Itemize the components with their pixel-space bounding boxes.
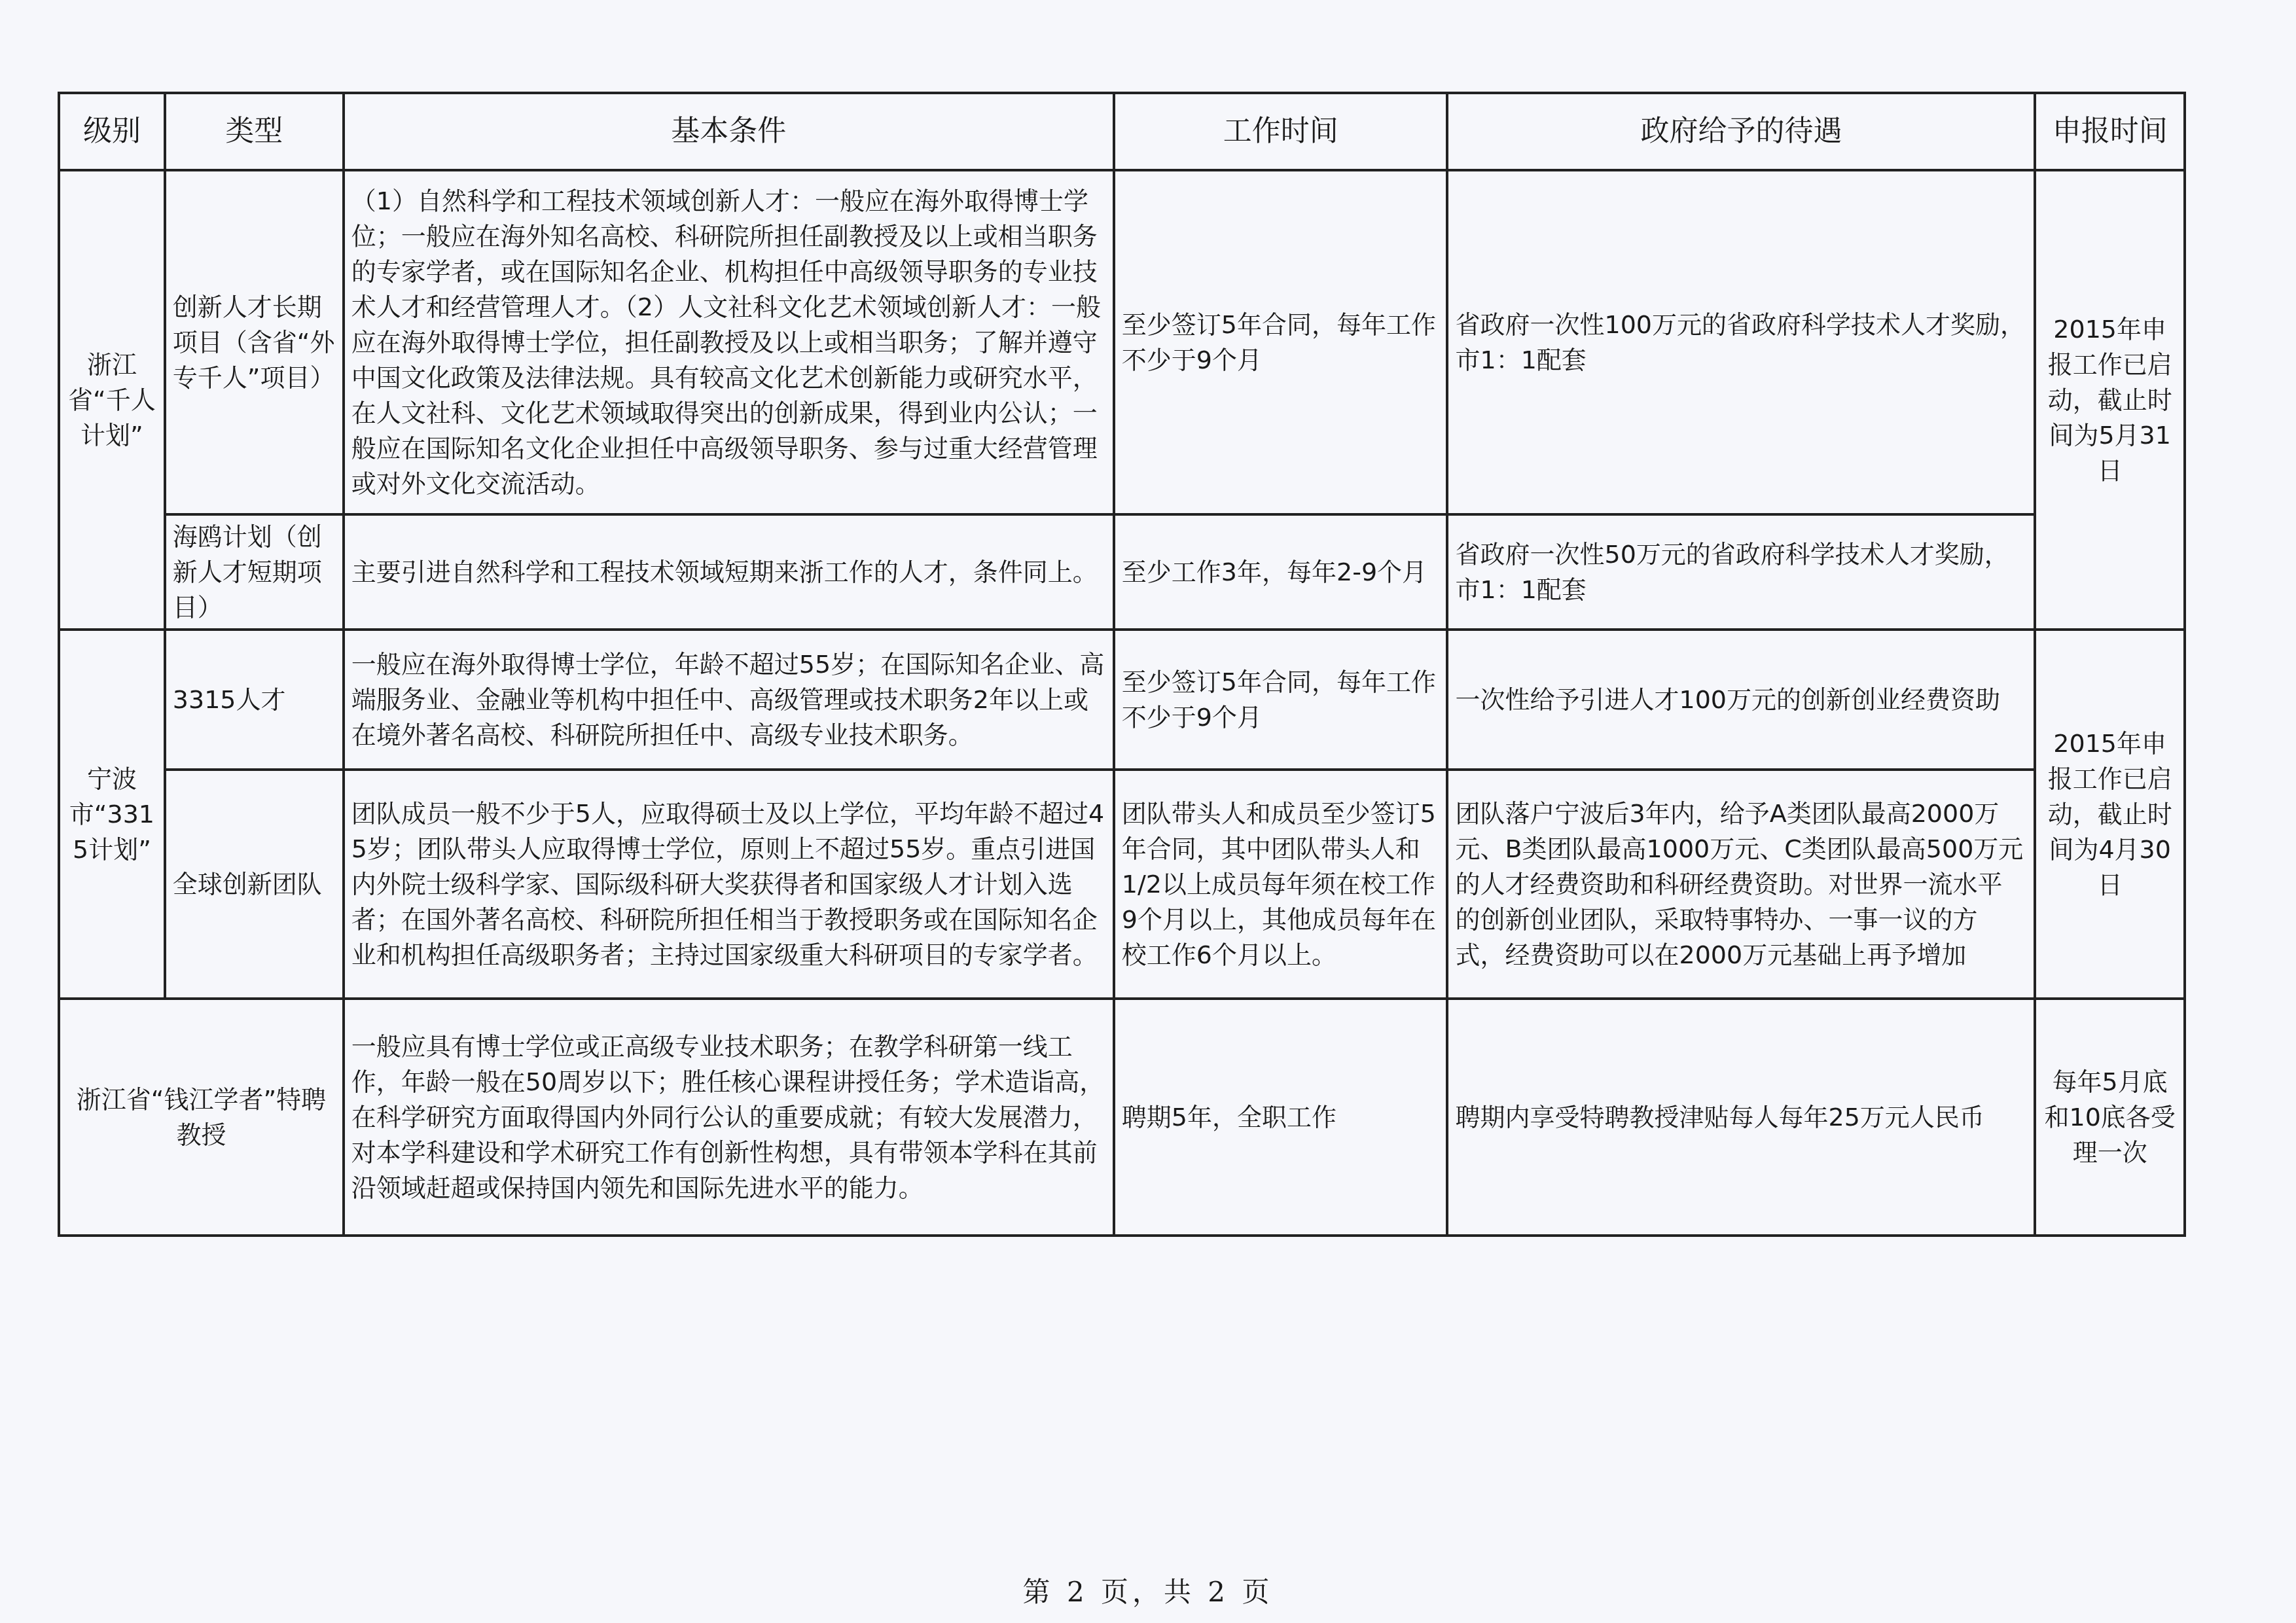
page-number: 第 2 页，共 2 页	[0, 1571, 2296, 1610]
talent-program-table: 级别 类型 基本条件 工作时间 政府给予的待遇 申报时间 浙江省“千人计划” 创…	[58, 92, 2186, 1237]
header-treatment: 政府给予的待遇	[1447, 93, 2035, 170]
conditions-cell: （1）自然科学和工程技术领域创新人才：一般应在海外取得博士学位；一般应在海外知名…	[344, 170, 1114, 514]
header-apply-time: 申报时间	[2035, 93, 2185, 170]
type-cell: 3315人才	[165, 630, 344, 770]
table-row: 浙江省“钱江学者”特聘教授 一般应具有博士学位或正高级专业技术职务；在教学科研第…	[59, 999, 2185, 1236]
work-time-cell: 聘期5年，全职工作	[1114, 999, 1448, 1236]
treatment-cell: 省政府一次性100万元的省政府科学技术人才奖励，市1：1配套	[1447, 170, 2035, 514]
table-row: 宁波市“3315计划” 3315人才 一般应在海外取得博士学位，年龄不超过55岁…	[59, 630, 2185, 770]
apply-time-cell: 2015年申报工作已启动，截止时间为4月30日	[2035, 630, 2185, 999]
apply-time-cell: 每年5月底和10底各受理一次	[2035, 999, 2185, 1236]
table-row: 浙江省“千人计划” 创新人才长期项目（含省“外专千人”项目） （1）自然科学和工…	[59, 170, 2185, 514]
level-type-cell: 浙江省“钱江学者”特聘教授	[59, 999, 344, 1236]
work-time-cell: 至少签订5年合同，每年工作不少于9个月	[1114, 170, 1448, 514]
type-cell: 全球创新团队	[165, 770, 344, 999]
conditions-cell: 一般应具有博士学位或正高级专业技术职务；在教学科研第一线工作，年龄一般在50周岁…	[344, 999, 1114, 1236]
header-conditions: 基本条件	[344, 93, 1114, 170]
header-level: 级别	[59, 93, 165, 170]
table-row: 全球创新团队 团队成员一般不少于5人，应取得硕士及以上学位，平均年龄不超过45岁…	[59, 770, 2185, 999]
table-header-row: 级别 类型 基本条件 工作时间 政府给予的待遇 申报时间	[59, 93, 2185, 170]
work-time-cell: 至少签订5年合同，每年工作不少于9个月	[1114, 630, 1448, 770]
treatment-cell: 聘期内享受特聘教授津贴每人每年25万元人民币	[1447, 999, 2035, 1236]
table-row: 海鸥计划（创新人才短期项目） 主要引进自然科学和工程技术领域短期来浙工作的人才，…	[59, 514, 2185, 630]
header-work-time: 工作时间	[1114, 93, 1448, 170]
treatment-cell: 团队落户宁波后3年内，给予A类团队最高2000万元、B类团队最高1000万元、C…	[1447, 770, 2035, 999]
work-time-cell: 团队带头人和成员至少签订5年合同，其中团队带头人和1/2以上成员每年须在校工作9…	[1114, 770, 1448, 999]
type-cell: 海鸥计划（创新人才短期项目）	[165, 514, 344, 630]
header-type: 类型	[165, 93, 344, 170]
conditions-cell: 团队成员一般不少于5人，应取得硕士及以上学位，平均年龄不超过45岁；团队带头人应…	[344, 770, 1114, 999]
level-cell: 浙江省“千人计划”	[59, 170, 165, 630]
conditions-cell: 主要引进自然科学和工程技术领域短期来浙工作的人才，条件同上。	[344, 514, 1114, 630]
work-time-cell: 至少工作3年，每年2-9个月	[1114, 514, 1448, 630]
level-cell: 宁波市“3315计划”	[59, 630, 165, 999]
conditions-cell: 一般应在海外取得博士学位，年龄不超过55岁；在国际知名企业、高端服务业、金融业等…	[344, 630, 1114, 770]
treatment-cell: 一次性给予引进人才100万元的创新创业经费资助	[1447, 630, 2035, 770]
type-cell: 创新人才长期项目（含省“外专千人”项目）	[165, 170, 344, 514]
apply-time-cell: 2015年申报工作已启动，截止时间为5月31日	[2035, 170, 2185, 630]
treatment-cell: 省政府一次性50万元的省政府科学技术人才奖励，市1：1配套	[1447, 514, 2035, 630]
